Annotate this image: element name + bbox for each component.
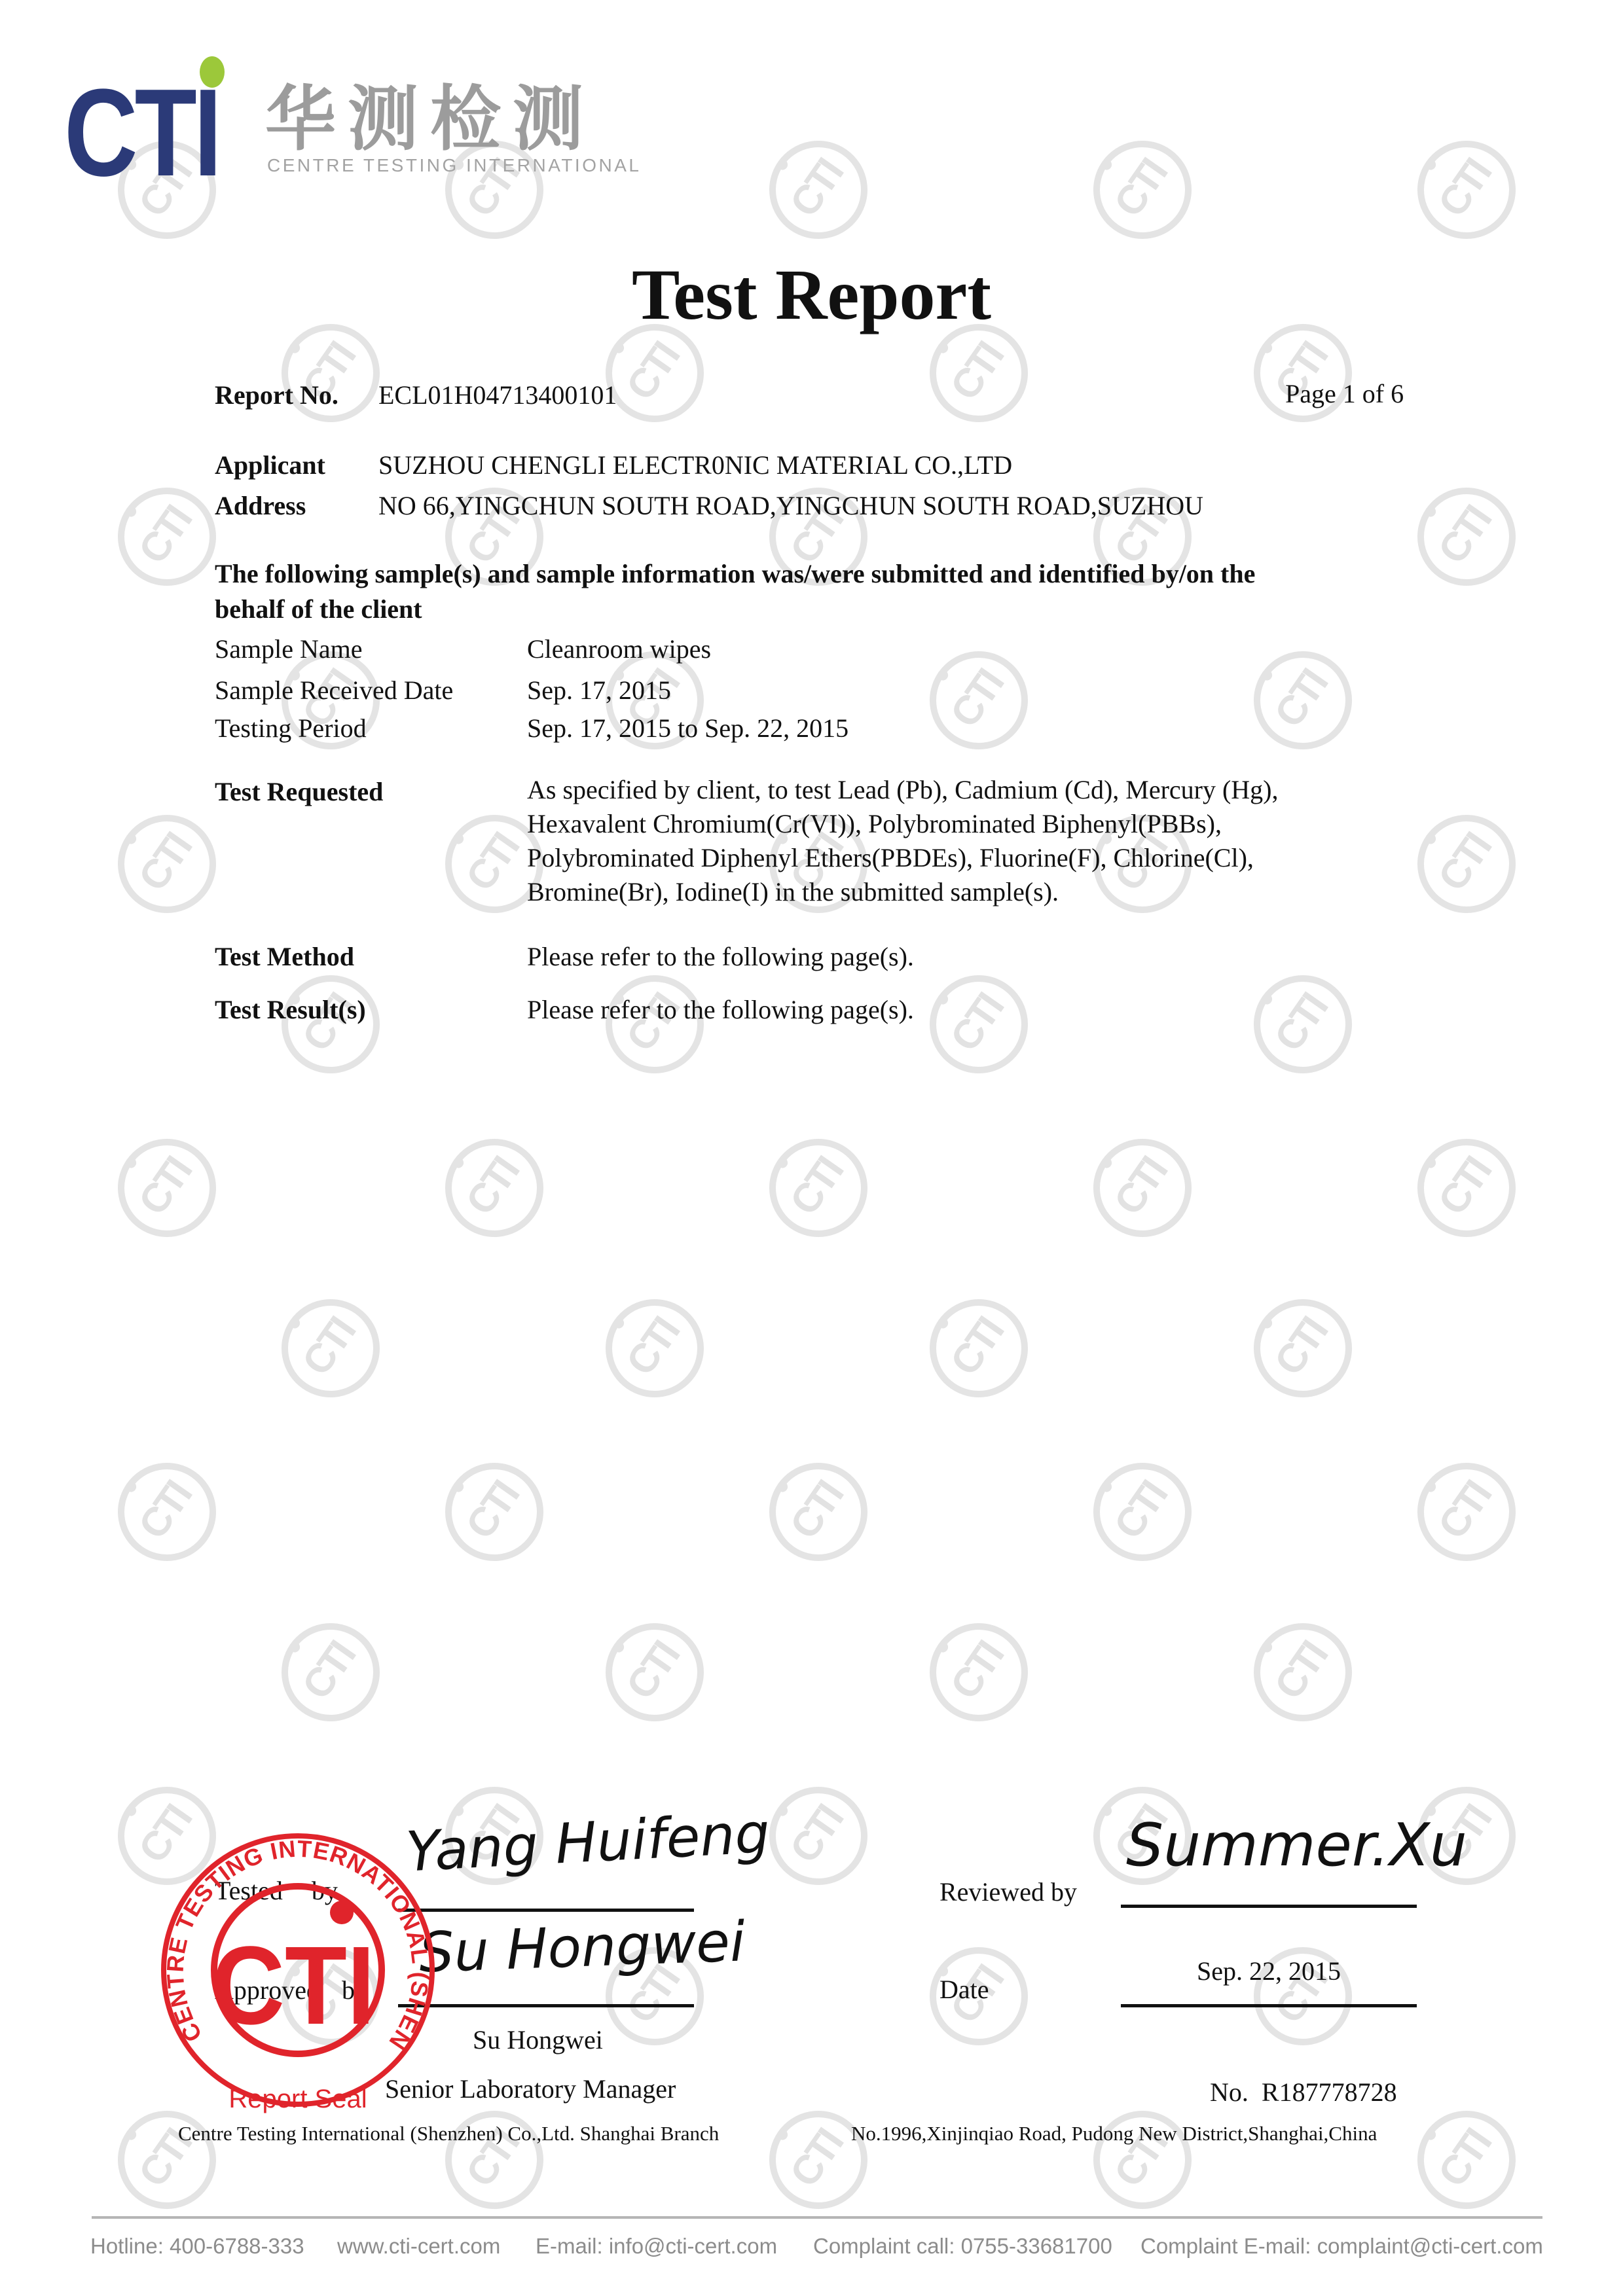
date-label: Date [939,1974,989,2005]
test-result-value: Please refer to the following page(s). [527,994,914,1026]
approved-by-line [398,2004,694,2007]
report-no-value: ECL01H04713400101 [378,380,617,411]
page-title: Test Report [0,252,1623,337]
cti-watermark-icon: CTI [1235,956,1372,1093]
report-no-label: Report No. [215,380,338,411]
cti-watermark-icon: CTI [1398,469,1535,605]
cti-watermark-icon: CTI [587,1280,723,1417]
cti-watermark-icon: CTI [1398,122,1535,259]
company-logo-english: CENTRE TESTING INTERNATIONAL [267,155,641,176]
applicant-value: SUZHOU CHENGLI ELECTR0NIC MATERIAL CO.,L… [378,450,1012,481]
cti-watermark-icon: CTI [1074,1444,1211,1581]
sample-row-label: Sample Name [215,634,363,665]
test-requested-label: Test Requested [215,776,383,808]
tested-by-signature: Yang Huifeng [405,1804,771,1882]
svg-text:Report Seal: Report Seal [228,2085,367,2113]
cti-watermark-icon: CTI [1235,1604,1372,1741]
footer-website[interactable]: www.cti-cert.com [337,2232,500,2261]
svg-text:CTI: CTI [211,1924,375,2048]
cti-watermark-icon: CTI [911,632,1048,769]
address-label: Address [215,490,306,522]
cti-watermark-icon: CTI [750,1768,887,1905]
cti-watermark-icon: CTI [263,1604,399,1741]
reviewed-by-line [1121,1905,1417,1908]
cti-watermark-icon: CTI [1235,1928,1372,2065]
approved-by-signature: Su Hongwei [418,1912,746,1982]
reviewed-by-signature: Summer.Xu [1126,1816,1467,1875]
test-requested-line: As specified by client, to test Lead (Pb… [527,774,1279,806]
approver-name: Su Hongwei [473,2024,603,2056]
sample-row-value: Sep. 17, 2015 to Sep. 22, 2015 [527,713,848,744]
cti-watermark-icon: CTI [911,956,1048,1093]
test-method-label: Test Method [215,941,354,973]
sample-intro-line2: behalf of the client [215,594,422,625]
cti-watermark-icon: CTI [99,796,236,933]
test-result-label: Test Result(s) [215,994,366,1026]
certificate-serial-number: No. R187778728 [1210,2077,1397,2108]
branch-address: No.1996,Xinjinqiao Road, Pudong New Dist… [851,2121,1377,2147]
date-line [1121,2004,1417,2007]
test-requested-line: Hexavalent Chromium(Cr(VI)), Polybromina… [527,808,1222,840]
date-value: Sep. 22, 2015 [1121,1956,1417,1987]
cti-watermark-icon: CTI [1398,796,1535,933]
cti-watermark-icon: CTI [750,2092,887,2229]
tested-by-line [398,1909,694,1912]
sample-row-label: Sample Received Date [215,675,453,706]
page-indicator: Page 1 of 6 [1285,378,1404,410]
address-value: NO 66,YINGCHUN SOUTH ROAD,YINGCHUN SOUTH… [378,490,1203,522]
cti-watermark-icon: CTI [1398,1444,1535,1581]
footer-complaint-email[interactable]: Complaint E-mail: complaint@cti-cert.com [1140,2232,1543,2261]
report-seal-stamp: CENTRE TESTING INTERNATIONAL (SHENZHEN) … [157,1820,439,2127]
cti-watermark-icon: CTI [911,1280,1048,1417]
footer-divider [92,2216,1542,2219]
cti-watermark-icon: CTI [1398,1120,1535,1257]
cti-watermark-icon: CTI [750,1120,887,1257]
footer-email[interactable]: E-mail: info@cti-cert.com [536,2232,777,2261]
cti-watermark-icon: CTI [263,1280,399,1417]
test-requested-line: Polybrominated Diphenyl Ethers(PBDEs), F… [527,842,1254,874]
cti-watermark-icon: CTI [426,2092,563,2229]
sample-intro-line1: The following sample(s) and sample infor… [215,558,1255,590]
sample-row-value: Cleanroom wipes [527,634,711,665]
cti-watermark-icon: CTI [750,1444,887,1581]
company-logo: CTI [64,77,219,188]
company-logo-chinese: 华测检测 [265,84,595,156]
footer-complaint-call: Complaint call: 0755-33681700 [813,2232,1112,2261]
sample-row-value: Sep. 17, 2015 [527,675,671,706]
cti-watermark-icon: CTI [1235,1280,1372,1417]
footer-hotline: Hotline: 400-6788-333 [90,2232,304,2261]
cti-watermark-icon: CTI [1235,632,1372,769]
sample-row-label: Testing Period [215,713,367,744]
cti-watermark-icon: CTI [911,1604,1048,1741]
cti-watermark-icon: CTI [426,1120,563,1257]
cti-watermark-icon: CTI [1398,2092,1535,2229]
test-requested-line: Bromine(Br), Iodine(I) in the submitted … [527,876,1059,908]
cti-watermark-icon: CTI [587,1604,723,1741]
reviewed-by-label: Reviewed by [939,1876,1077,1908]
cti-watermark-icon: CTI [426,1444,563,1581]
cti-watermark-icon: CTI [750,122,887,259]
cti-watermark-icon: CTI [1074,2092,1211,2229]
cti-watermark-icon: CTI [99,1120,236,1257]
cti-watermark-icon: CTI [1074,1120,1211,1257]
cti-watermark-icon: CTI [99,1444,236,1581]
test-method-value: Please refer to the following page(s). [527,941,914,973]
applicant-label: Applicant [215,450,325,481]
cti-watermark-icon: CTI [1074,122,1211,259]
